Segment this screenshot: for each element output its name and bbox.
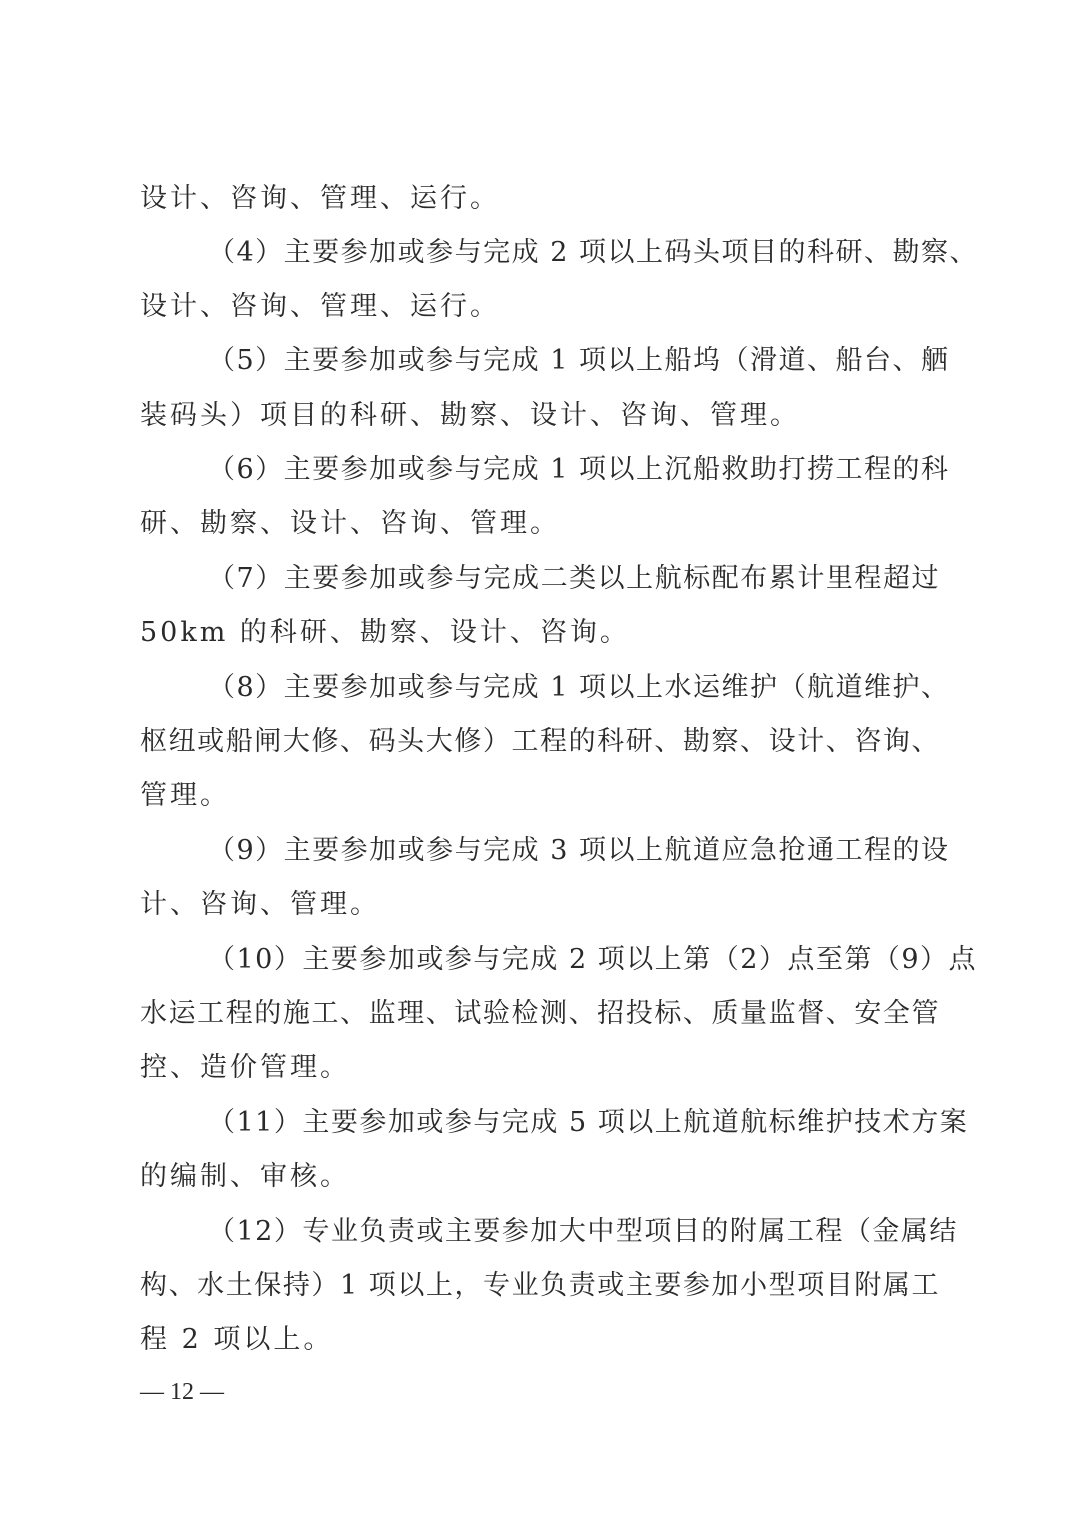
text-line: 设计、咨询、管理、运行。 bbox=[140, 179, 940, 219]
document-page: 设计、咨询、管理、运行。 （4）主要参加或参与完成 2 项以上码头项目的科研、勘… bbox=[0, 0, 1080, 1527]
text-line-item-7: （7）主要参加或参与完成二类以上航标配布累计里程超过 bbox=[208, 559, 940, 599]
text-line-item-6: （6）主要参加或参与完成 1 项以上沉船救助打捞工程的科 bbox=[208, 450, 940, 490]
text-line-item-8: （8）主要参加或参与完成 1 项以上水运维护（航道维护、 bbox=[208, 668, 940, 708]
text-line: 50km 的科研、勘察、设计、咨询。 bbox=[140, 613, 940, 653]
text-line: 的编制、审核。 bbox=[140, 1157, 940, 1197]
text-line-item-10: （10）主要参加或参与完成 2 项以上第（2）点至第（9）点 bbox=[208, 940, 940, 980]
text-line: 控、造价管理。 bbox=[140, 1048, 940, 1088]
text-line-item-9: （9）主要参加或参与完成 3 项以上航道应急抢通工程的设 bbox=[208, 831, 940, 871]
text-line: 研、勘察、设计、咨询、管理。 bbox=[140, 504, 940, 544]
text-line-item-12: （12）专业负责或主要参加大中型项目的附属工程（金属结 bbox=[208, 1212, 940, 1252]
text-line: 装码头）项目的科研、勘察、设计、咨询、管理。 bbox=[140, 396, 940, 436]
text-line: 计、咨询、管理。 bbox=[140, 885, 940, 925]
text-line-item-5: （5）主要参加或参与完成 1 项以上船坞（滑道、船台、舾 bbox=[208, 341, 940, 381]
text-line: 管理。 bbox=[140, 776, 940, 816]
text-line: 水运工程的施工、监理、试验检测、招投标、质量监督、安全管 bbox=[140, 994, 940, 1034]
page-number: — 12 — bbox=[140, 1376, 224, 1408]
text-line-item-11: （11）主要参加或参与完成 5 项以上航道航标维护技术方案 bbox=[208, 1103, 940, 1143]
text-line: 构、水土保持）1 项以上，专业负责或主要参加小型项目附属工 bbox=[140, 1266, 940, 1306]
text-line: 程 2 项以上。 bbox=[140, 1320, 940, 1360]
text-line: 设计、咨询、管理、运行。 bbox=[140, 287, 940, 327]
text-line: 枢纽或船闸大修、码头大修）工程的科研、勘察、设计、咨询、 bbox=[140, 722, 940, 762]
text-line-item-4: （4）主要参加或参与完成 2 项以上码头项目的科研、勘察、 bbox=[208, 233, 940, 273]
